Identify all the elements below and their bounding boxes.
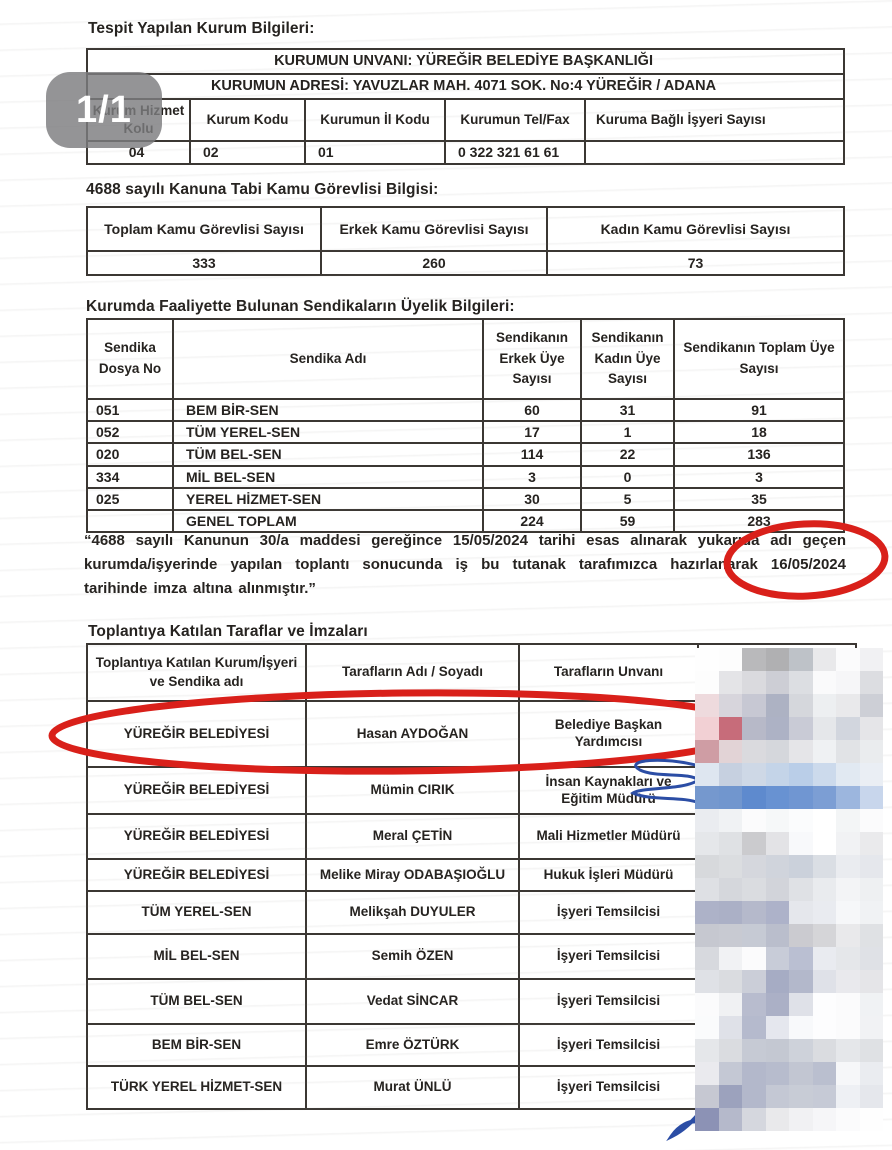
mosaic-block bbox=[789, 993, 813, 1016]
mosaic-block bbox=[695, 970, 719, 993]
mosaic-block bbox=[719, 671, 743, 694]
mosaic-block bbox=[813, 993, 837, 1016]
cell: 025 bbox=[87, 488, 173, 510]
mosaic-block bbox=[719, 947, 743, 970]
mosaic-block bbox=[695, 694, 719, 717]
mosaic-block bbox=[860, 648, 884, 671]
column-header: Sendika Dosya No bbox=[87, 319, 173, 399]
mosaic-block bbox=[719, 832, 743, 855]
mosaic-block bbox=[766, 809, 790, 832]
mosaic-block bbox=[836, 901, 860, 924]
cell: YÜREĞİR BELEDİYESİ bbox=[87, 859, 306, 891]
mosaic-block bbox=[789, 740, 813, 763]
mosaic-block bbox=[719, 855, 743, 878]
mosaic-block bbox=[813, 970, 837, 993]
mosaic-block bbox=[789, 901, 813, 924]
cell: TÜM YEREL-SEN bbox=[173, 421, 483, 443]
mosaic-block bbox=[860, 878, 884, 901]
column-header: Toplantıya Katılan Kurum/İşyeri ve Sendi… bbox=[87, 644, 306, 701]
mosaic-block bbox=[742, 901, 766, 924]
mosaic-block bbox=[719, 1108, 743, 1131]
cell: Belediye Başkan Yardımcısı bbox=[519, 701, 698, 767]
section-heading-kurum-bilgileri: Tespit Yapılan Kurum Bilgileri: bbox=[88, 20, 314, 38]
cell: 020 bbox=[87, 443, 173, 465]
mosaic-block bbox=[860, 786, 884, 809]
column-header: Kurum Kodu bbox=[190, 99, 305, 141]
mosaic-block bbox=[860, 924, 884, 947]
mosaic-block bbox=[860, 1085, 884, 1108]
mosaic-block bbox=[719, 740, 743, 763]
mosaic-block bbox=[813, 694, 837, 717]
cell: 35 bbox=[674, 488, 844, 510]
cell: Hasan AYDOĞAN bbox=[306, 701, 519, 767]
mosaic-block bbox=[766, 1062, 790, 1085]
mosaic-block bbox=[860, 740, 884, 763]
cell: Melike Miray ODABAŞIOĞLU bbox=[306, 859, 519, 891]
mosaic-block bbox=[766, 671, 790, 694]
cell: 02 bbox=[190, 141, 305, 164]
mosaic-block bbox=[695, 671, 719, 694]
cell: 17 bbox=[483, 421, 581, 443]
mosaic-block bbox=[836, 924, 860, 947]
mosaic-block bbox=[695, 878, 719, 901]
privacy-mosaic bbox=[695, 648, 883, 1131]
cell: Murat ÜNLÜ bbox=[306, 1066, 519, 1109]
cell bbox=[585, 141, 844, 164]
mosaic-block bbox=[766, 832, 790, 855]
mosaic-block bbox=[719, 648, 743, 671]
mosaic-block bbox=[789, 671, 813, 694]
mosaic-block bbox=[813, 947, 837, 970]
cell: 052 bbox=[87, 421, 173, 443]
paragraph-line: tarihinde imza altına alınmıştır.” bbox=[84, 577, 846, 601]
mosaic-block bbox=[836, 763, 860, 786]
mosaic-block bbox=[789, 717, 813, 740]
mosaic-block bbox=[836, 786, 860, 809]
cell: 01 bbox=[305, 141, 445, 164]
mosaic-block bbox=[766, 970, 790, 993]
mosaic-block bbox=[836, 855, 860, 878]
column-header: Sendikanın Erkek Üye Sayısı bbox=[483, 319, 581, 399]
mosaic-block bbox=[813, 809, 837, 832]
table-row: KURUMUN ADRESİ: YAVUZLAR MAH. 4071 SOK. … bbox=[87, 74, 844, 99]
mosaic-block bbox=[789, 809, 813, 832]
mosaic-block bbox=[695, 786, 719, 809]
cell: 73 bbox=[547, 251, 844, 275]
mosaic-block bbox=[742, 855, 766, 878]
cell: 60 bbox=[483, 399, 581, 421]
cell: İşyeri Temsilcisi bbox=[519, 979, 698, 1024]
mosaic-block bbox=[813, 648, 837, 671]
cell: 1 bbox=[581, 421, 674, 443]
mosaic-block bbox=[719, 694, 743, 717]
mosaic-block bbox=[789, 1108, 813, 1131]
mosaic-block bbox=[695, 901, 719, 924]
column-header: Sendikanın Kadın Üye Sayısı bbox=[581, 319, 674, 399]
mosaic-block bbox=[836, 1062, 860, 1085]
mosaic-block bbox=[813, 1016, 837, 1039]
mosaic-block bbox=[860, 694, 884, 717]
mosaic-block bbox=[836, 878, 860, 901]
mosaic-block bbox=[789, 1085, 813, 1108]
page-indicator-label: 1/1 bbox=[76, 89, 132, 132]
cell: 260 bbox=[321, 251, 547, 275]
mosaic-block bbox=[742, 763, 766, 786]
mosaic-block bbox=[813, 1085, 837, 1108]
mosaic-block bbox=[813, 740, 837, 763]
mosaic-block bbox=[836, 648, 860, 671]
mosaic-block bbox=[813, 1062, 837, 1085]
mosaic-block bbox=[695, 832, 719, 855]
mosaic-block bbox=[836, 717, 860, 740]
mosaic-block bbox=[719, 1062, 743, 1085]
cell: İşyeri Temsilcisi bbox=[519, 1024, 698, 1066]
mosaic-block bbox=[695, 1039, 719, 1062]
mosaic-block bbox=[836, 740, 860, 763]
mosaic-block bbox=[742, 717, 766, 740]
mosaic-block bbox=[860, 1062, 884, 1085]
mosaic-block bbox=[813, 855, 837, 878]
mosaic-block bbox=[836, 970, 860, 993]
cell: Vedat SİNCAR bbox=[306, 979, 519, 1024]
mosaic-block bbox=[860, 763, 884, 786]
cell: TÜM BEL-SEN bbox=[87, 979, 306, 1024]
cell: MİL BEL-SEN bbox=[87, 934, 306, 979]
column-header: Toplam Kamu Görevlisi Sayısı bbox=[87, 207, 321, 251]
mosaic-block bbox=[836, 694, 860, 717]
table-row: 051BEM BİR-SEN603191 bbox=[87, 399, 844, 421]
table-sendika-uyelik: Sendika Dosya No Sendika Adı Sendikanın … bbox=[86, 318, 845, 533]
mosaic-block bbox=[742, 809, 766, 832]
mosaic-block bbox=[742, 671, 766, 694]
mosaic-block bbox=[742, 694, 766, 717]
table-kamu-gorevlisi: Toplam Kamu Görevlisi Sayısı Erkek Kamu … bbox=[86, 206, 845, 276]
mosaic-block bbox=[766, 694, 790, 717]
mosaic-block bbox=[695, 648, 719, 671]
mosaic-block bbox=[695, 763, 719, 786]
mosaic-block bbox=[789, 878, 813, 901]
cell: Semih ÖZEN bbox=[306, 934, 519, 979]
cell: 0 322 321 61 61 bbox=[445, 141, 585, 164]
mosaic-block bbox=[766, 1039, 790, 1062]
mosaic-block bbox=[789, 1039, 813, 1062]
mosaic-block bbox=[742, 1062, 766, 1085]
mosaic-block bbox=[813, 1039, 837, 1062]
mosaic-block bbox=[789, 832, 813, 855]
cell: İşyeri Temsilcisi bbox=[519, 934, 698, 979]
mosaic-block bbox=[860, 993, 884, 1016]
mosaic-block bbox=[836, 993, 860, 1016]
column-header: Kurumun İl Kodu bbox=[305, 99, 445, 141]
cell: BEM BİR-SEN bbox=[173, 399, 483, 421]
section-heading-sendika-uyelik: Kurumda Faaliyette Bulunan Sendikaların … bbox=[86, 298, 515, 316]
table-kurum-bilgileri: KURUMUN UNVANI: YÜREĞİR BELEDİYE BAŞKANL… bbox=[86, 48, 845, 165]
cell: YÜREĞİR BELEDİYESİ bbox=[87, 701, 306, 767]
mosaic-block bbox=[695, 1085, 719, 1108]
mosaic-block bbox=[813, 924, 837, 947]
cell: YÜREĞİR BELEDİYESİ bbox=[87, 814, 306, 859]
mosaic-block bbox=[766, 786, 790, 809]
mosaic-block bbox=[742, 1108, 766, 1131]
mosaic-block bbox=[860, 1108, 884, 1131]
cell: Meral ÇETİN bbox=[306, 814, 519, 859]
mosaic-block bbox=[742, 832, 766, 855]
mosaic-block bbox=[719, 809, 743, 832]
mosaic-block bbox=[695, 1016, 719, 1039]
mosaic-block bbox=[789, 694, 813, 717]
mosaic-block bbox=[742, 740, 766, 763]
cell: 91 bbox=[674, 399, 844, 421]
mosaic-block bbox=[719, 924, 743, 947]
cell: 051 bbox=[87, 399, 173, 421]
cell: 3 bbox=[674, 466, 844, 488]
column-header: Kuruma Bağlı İşyeri Sayısı bbox=[585, 99, 844, 141]
mosaic-block bbox=[860, 947, 884, 970]
mosaic-block bbox=[742, 1016, 766, 1039]
mosaic-block bbox=[742, 970, 766, 993]
mosaic-block bbox=[836, 832, 860, 855]
mosaic-block bbox=[695, 924, 719, 947]
mosaic-block bbox=[742, 1039, 766, 1062]
paragraph-line: “4688 sayılı Kanunun 30/a maddesi gereği… bbox=[84, 529, 846, 553]
table-row: 025YEREL HİZMET-SEN30535 bbox=[87, 488, 844, 510]
paragraph-line: kurumda/işyerinde yapılan toplantı sonuc… bbox=[84, 553, 846, 577]
table-row: 0402010 322 321 61 61 bbox=[87, 141, 844, 164]
cell: 0 bbox=[581, 466, 674, 488]
mosaic-block bbox=[719, 878, 743, 901]
cell: 114 bbox=[483, 443, 581, 465]
mosaic-block bbox=[766, 1085, 790, 1108]
mosaic-block bbox=[742, 878, 766, 901]
mosaic-block bbox=[719, 1016, 743, 1039]
cell: 3 bbox=[483, 466, 581, 488]
table-row: 020TÜM BEL-SEN11422136 bbox=[87, 443, 844, 465]
mosaic-block bbox=[766, 924, 790, 947]
mosaic-block bbox=[789, 947, 813, 970]
mosaic-block bbox=[836, 1016, 860, 1039]
table-header-row: Toplam Kamu Görevlisi Sayısı Erkek Kamu … bbox=[87, 207, 844, 251]
mosaic-block bbox=[766, 993, 790, 1016]
mosaic-block bbox=[719, 786, 743, 809]
cell: 136 bbox=[674, 443, 844, 465]
column-header: Tarafların Unvanı bbox=[519, 644, 698, 701]
mosaic-block bbox=[813, 832, 837, 855]
column-header: Tarafların Adı / Soyadı bbox=[306, 644, 519, 701]
tutanak-paragraph: “4688 sayılı Kanunun 30/a maddesi gereği… bbox=[84, 529, 846, 601]
cell: İşyeri Temsilcisi bbox=[519, 1066, 698, 1109]
mosaic-block bbox=[789, 855, 813, 878]
mosaic-block bbox=[836, 809, 860, 832]
mosaic-block bbox=[789, 924, 813, 947]
mosaic-block bbox=[789, 786, 813, 809]
mosaic-block bbox=[695, 809, 719, 832]
cell: 334 bbox=[87, 466, 173, 488]
cell: İnsan Kaynakları ve Eğitim Müdürü bbox=[519, 767, 698, 814]
column-header: Kadın Kamu Görevlisi Sayısı bbox=[547, 207, 844, 251]
cell: 30 bbox=[483, 488, 581, 510]
mosaic-block bbox=[860, 901, 884, 924]
mosaic-block bbox=[789, 763, 813, 786]
cell: YÜREĞİR BELEDİYESİ bbox=[87, 767, 306, 814]
column-header: Sendika Adı bbox=[173, 319, 483, 399]
mosaic-block bbox=[742, 924, 766, 947]
mosaic-block bbox=[860, 809, 884, 832]
mosaic-block bbox=[766, 740, 790, 763]
mosaic-block bbox=[766, 648, 790, 671]
cell: TÜM YEREL-SEN bbox=[87, 891, 306, 934]
cell: Melikşah DUYULER bbox=[306, 891, 519, 934]
mosaic-block bbox=[813, 901, 837, 924]
mosaic-block bbox=[695, 855, 719, 878]
mosaic-block bbox=[813, 878, 837, 901]
cell: 31 bbox=[581, 399, 674, 421]
mosaic-block bbox=[695, 993, 719, 1016]
mosaic-block bbox=[695, 717, 719, 740]
mosaic-block bbox=[695, 1108, 719, 1131]
mosaic-block bbox=[695, 947, 719, 970]
mosaic-block bbox=[860, 832, 884, 855]
column-header: Erkek Kamu Görevlisi Sayısı bbox=[321, 207, 547, 251]
cell: Hukuk İşleri Müdürü bbox=[519, 859, 698, 891]
mosaic-block bbox=[766, 763, 790, 786]
kurum-unvani-cell: KURUMUN UNVANI: YÜREĞİR BELEDİYE BAŞKANL… bbox=[87, 49, 844, 74]
cell: MİL BEL-SEN bbox=[173, 466, 483, 488]
mosaic-block bbox=[742, 1085, 766, 1108]
table-row: 33326073 bbox=[87, 251, 844, 275]
mosaic-block bbox=[766, 1108, 790, 1131]
cell: Mümin CIRIK bbox=[306, 767, 519, 814]
cell: TÜM BEL-SEN bbox=[173, 443, 483, 465]
mosaic-block bbox=[860, 1016, 884, 1039]
mosaic-block bbox=[813, 671, 837, 694]
table-row: 334MİL BEL-SEN303 bbox=[87, 466, 844, 488]
cell: Emre ÖZTÜRK bbox=[306, 1024, 519, 1066]
mosaic-block bbox=[719, 901, 743, 924]
mosaic-block bbox=[813, 717, 837, 740]
cell: TÜRK YEREL HİZMET-SEN bbox=[87, 1066, 306, 1109]
mosaic-block bbox=[742, 786, 766, 809]
mosaic-block bbox=[789, 970, 813, 993]
mosaic-block bbox=[695, 1062, 719, 1085]
mosaic-block bbox=[813, 786, 837, 809]
mosaic-block bbox=[813, 763, 837, 786]
mosaic-block bbox=[860, 970, 884, 993]
mosaic-block bbox=[860, 671, 884, 694]
mosaic-block bbox=[789, 648, 813, 671]
mosaic-block bbox=[860, 717, 884, 740]
mosaic-block bbox=[719, 1085, 743, 1108]
mosaic-block bbox=[766, 901, 790, 924]
table-header-row: Kurum Hizmet Kolu Kurum Kodu Kurumun İl … bbox=[87, 99, 844, 141]
mosaic-block bbox=[836, 947, 860, 970]
cell: İşyeri Temsilcisi bbox=[519, 891, 698, 934]
mosaic-block bbox=[719, 993, 743, 1016]
mosaic-block bbox=[742, 947, 766, 970]
page-indicator-badge: 1/1 bbox=[46, 72, 162, 148]
mosaic-block bbox=[766, 947, 790, 970]
mosaic-block bbox=[719, 970, 743, 993]
mosaic-block bbox=[766, 855, 790, 878]
mosaic-block bbox=[836, 1108, 860, 1131]
mosaic-block bbox=[719, 1039, 743, 1062]
mosaic-block bbox=[742, 993, 766, 1016]
mosaic-block bbox=[766, 717, 790, 740]
cell: Mali Hizmetler Müdürü bbox=[519, 814, 698, 859]
column-header: Sendikanın Toplam Üye Sayısı bbox=[674, 319, 844, 399]
cell: 333 bbox=[87, 251, 321, 275]
cell: YEREL HİZMET-SEN bbox=[173, 488, 483, 510]
cell: BEM BİR-SEN bbox=[87, 1024, 306, 1066]
cell: 18 bbox=[674, 421, 844, 443]
table-row: 052TÜM YEREL-SEN17118 bbox=[87, 421, 844, 443]
mosaic-block bbox=[742, 648, 766, 671]
mosaic-block bbox=[813, 1108, 837, 1131]
table-header-row: Sendika Dosya No Sendika Adı Sendikanın … bbox=[87, 319, 844, 399]
section-heading-katilimcilar: Toplantıya Katılan Taraflar ve İmzaları bbox=[88, 623, 368, 641]
kurum-adresi-cell: KURUMUN ADRESİ: YAVUZLAR MAH. 4071 SOK. … bbox=[87, 74, 844, 99]
mosaic-block bbox=[836, 1085, 860, 1108]
cell: 22 bbox=[581, 443, 674, 465]
mosaic-block bbox=[860, 1039, 884, 1062]
mosaic-block bbox=[719, 763, 743, 786]
mosaic-block bbox=[789, 1016, 813, 1039]
column-header: Kurumun Tel/Fax bbox=[445, 99, 585, 141]
mosaic-block bbox=[766, 878, 790, 901]
cell: 5 bbox=[581, 488, 674, 510]
mosaic-block bbox=[836, 1039, 860, 1062]
mosaic-block bbox=[695, 740, 719, 763]
table-row: KURUMUN UNVANI: YÜREĞİR BELEDİYE BAŞKANL… bbox=[87, 49, 844, 74]
mosaic-block bbox=[860, 855, 884, 878]
mosaic-block bbox=[719, 717, 743, 740]
section-heading-kamu-gorevlisi: 4688 sayılı Kanuna Tabi Kamu Görevlisi B… bbox=[86, 181, 438, 199]
mosaic-block bbox=[766, 1016, 790, 1039]
mosaic-block bbox=[789, 1062, 813, 1085]
mosaic-block bbox=[836, 671, 860, 694]
